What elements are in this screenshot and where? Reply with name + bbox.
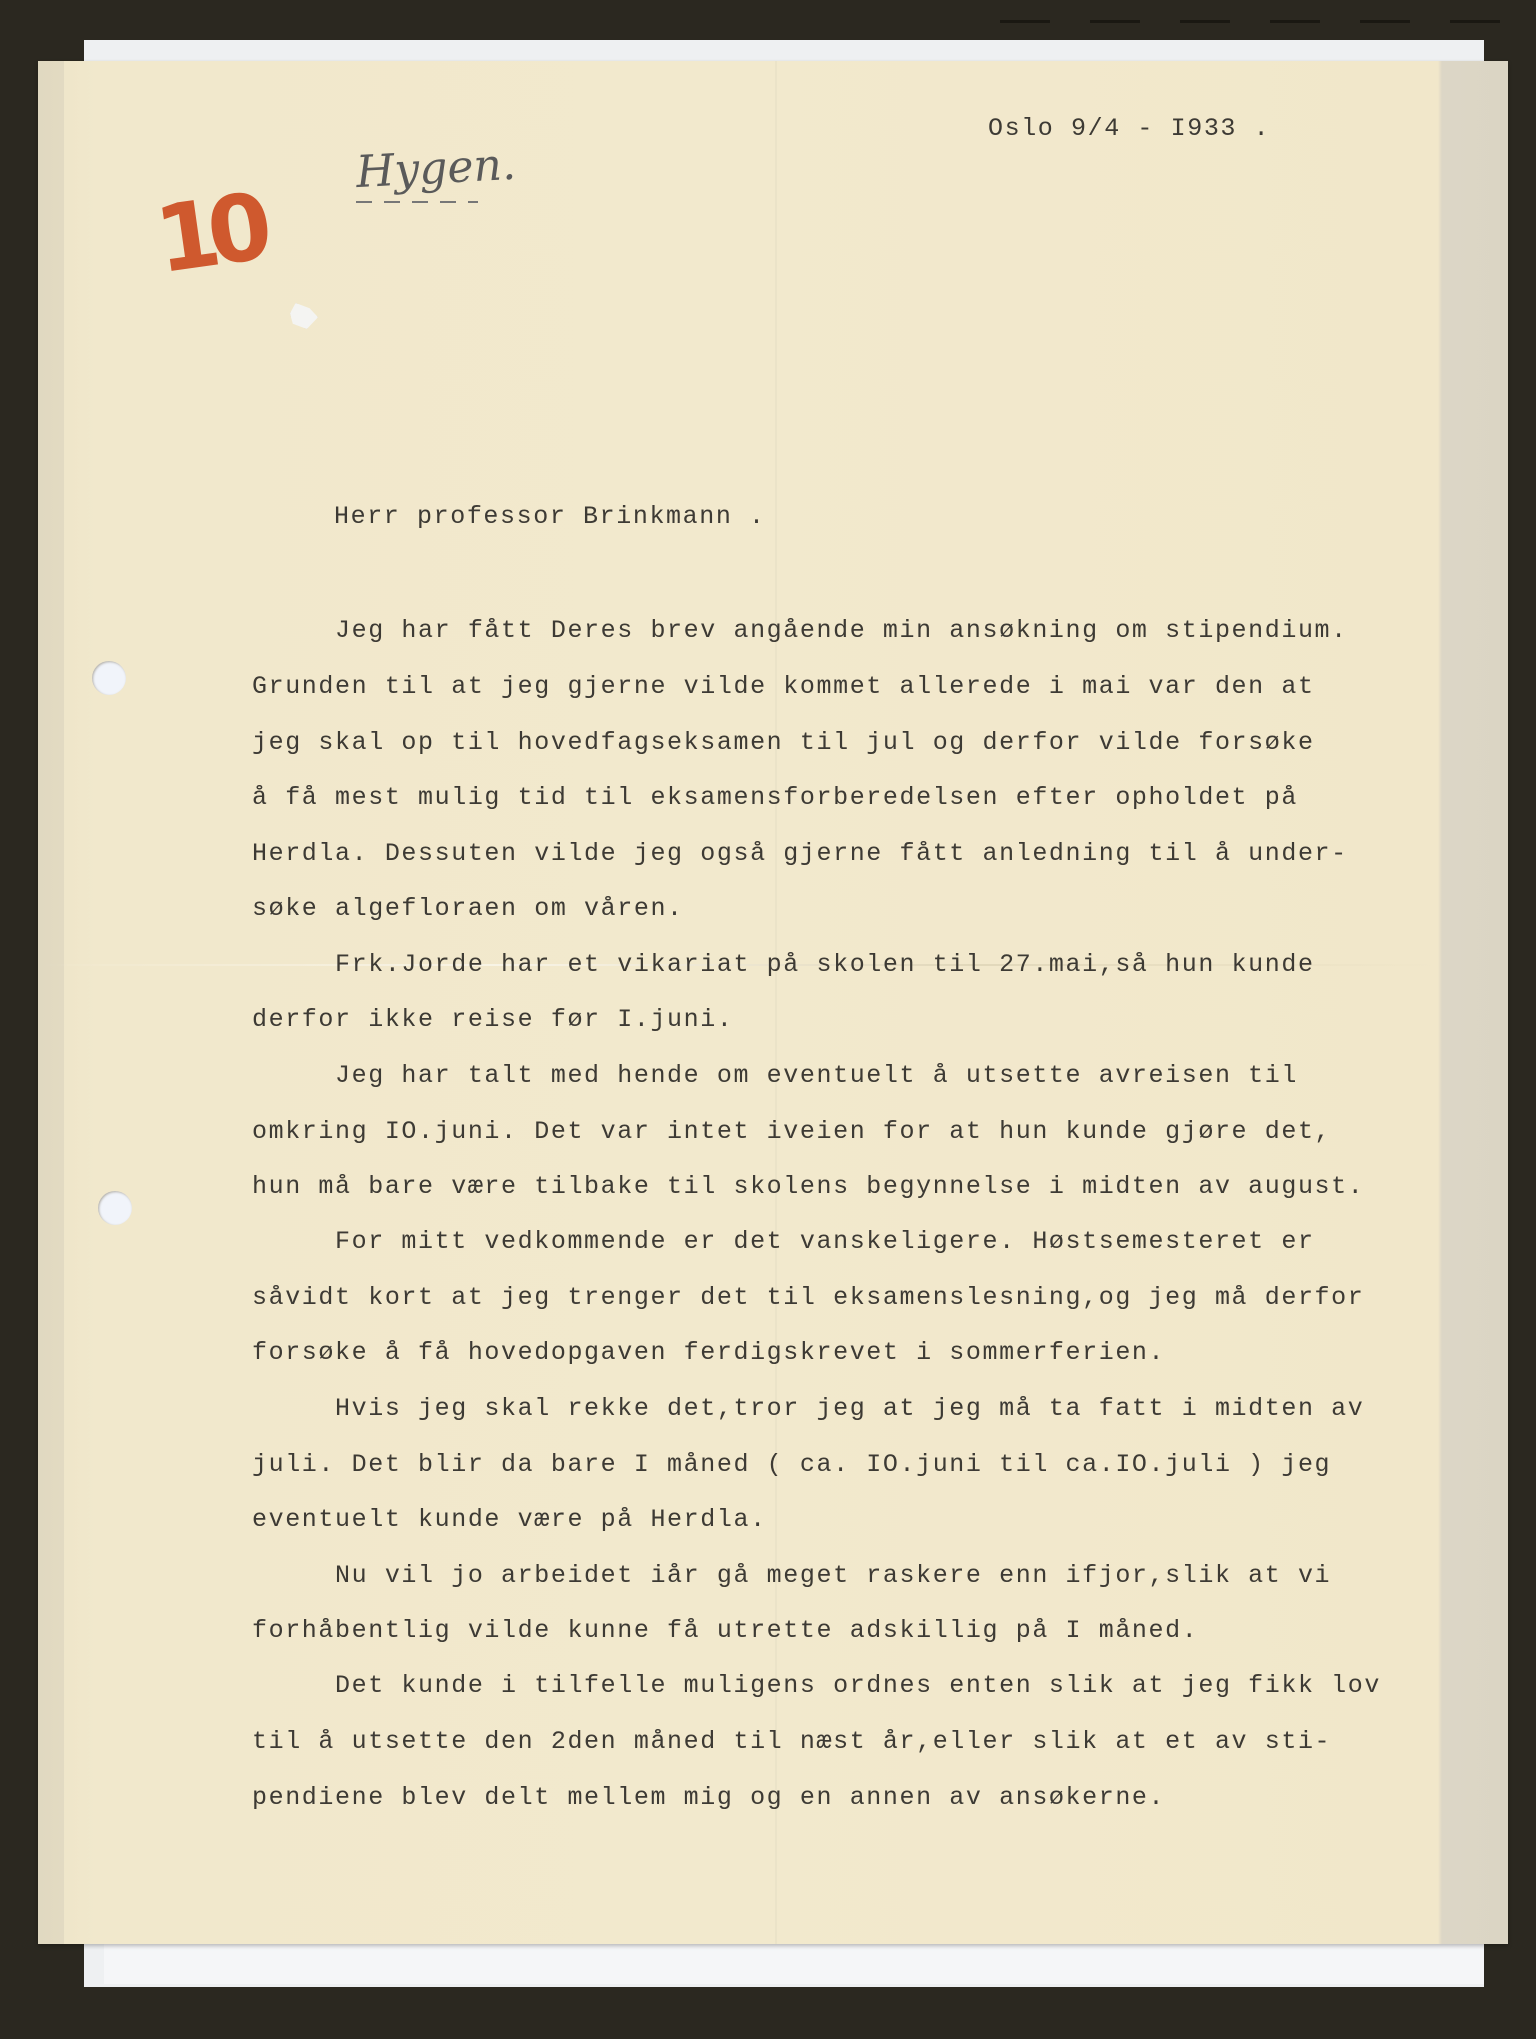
salutation: Herr professor Brinkmann . <box>334 503 766 531</box>
body-line: Jeg har talt med hende om eventuelt å ut… <box>252 1062 1298 1090</box>
punch-hole-bottom <box>98 1191 132 1225</box>
folio-number: 10 <box>149 172 273 296</box>
body-line: Herdla. Dessuten vilde jeg også gjerne f… <box>252 840 1348 868</box>
body-line: såvidt kort at jeg trenger det til eksam… <box>252 1284 1364 1312</box>
body-line: juli. Det blir da bare I måned ( ca. IO.… <box>252 1451 1331 1479</box>
backdrop-mark <box>1270 20 1320 23</box>
backdrop-mark <box>1090 20 1140 23</box>
body-line: til å utsette den 2den måned til næst år… <box>252 1728 1331 1756</box>
body-line: forhåbentlig vilde kunne få utrette adsk… <box>252 1617 1198 1645</box>
body-line: omkring IO.juni. Det var intet iveien fo… <box>252 1118 1331 1146</box>
body-line: Nu vil jo arbeidet iår gå meget raskere … <box>252 1562 1331 1590</box>
body-line: søke algefloraen om våren. <box>252 895 684 923</box>
body-line: Jeg har fått Deres brev angående min ans… <box>252 617 1348 645</box>
letter-page: 10 Hygen. Oslo 9/4 - I933 . Herr profess… <box>38 61 1508 1944</box>
body-line: jeg skal op til hovedfagseksamen til jul… <box>252 729 1315 757</box>
body-line: Grunden til at jeg gjerne vilde kommet a… <box>252 673 1315 701</box>
backdrop-mark <box>1360 20 1410 23</box>
punch-hole-top <box>92 661 126 695</box>
body-line: å få mest mulig tid til eksamensforbered… <box>252 784 1298 812</box>
dateline: Oslo 9/4 - I933 . <box>988 115 1270 143</box>
body-line: For mitt vedkommende er det vanskeligere… <box>252 1228 1315 1256</box>
body-line: eventuelt kunde være på Herdla. <box>252 1506 767 1534</box>
backdrop-mark <box>1450 20 1500 23</box>
vertical-fold <box>775 61 777 1944</box>
backing-sheet-bottom <box>104 1944 1484 1984</box>
pencil-underline <box>356 201 478 203</box>
page-edge <box>38 61 64 1944</box>
backdrop-mark <box>1180 20 1230 23</box>
body-line: Det kunde i tilfelle muligens ordnes ent… <box>252 1672 1381 1700</box>
body-line: hun må bare være tilbake til skolens beg… <box>252 1173 1364 1201</box>
paper-tear <box>290 303 318 329</box>
body-line: forsøke å få hovedopgaven ferdigskrevet … <box>252 1339 1165 1367</box>
body-line: Frk.Jorde har et vikariat på skolen til … <box>252 951 1315 979</box>
body-line: pendiene blev delt mellem mig og en anne… <box>252 1784 1165 1812</box>
body-line: Hvis jeg skal rekke det,tror jeg at jeg … <box>252 1395 1364 1423</box>
body-line: derfor ikke reise før I.juni. <box>252 1006 733 1034</box>
backdrop-mark <box>1000 20 1050 23</box>
pencil-annotation: Hygen. <box>355 139 517 198</box>
